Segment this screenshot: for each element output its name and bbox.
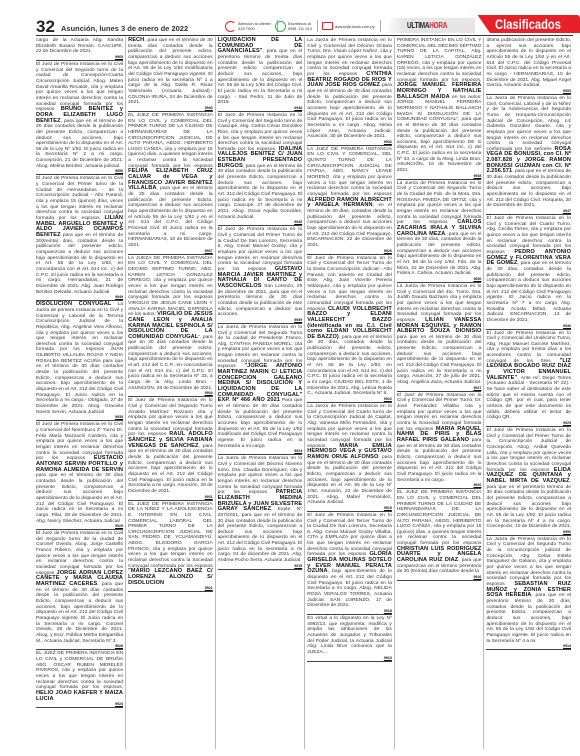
notice-code: 9919 [307, 506, 392, 510]
legal-notice: El Juez de Primera Instancia en lo Civil… [36, 530, 123, 650]
legal-notice: La Jueza de Primera Instancia en lo Civi… [218, 324, 303, 455]
notice-text: para que en el término de 30 días contad… [36, 473, 123, 523]
section-title: Clasificados [495, 16, 561, 32]
notice-text: San Lorenzo, 29 de diciembre de 2021, pa… [218, 284, 303, 317]
notice-code: 9939 [218, 318, 303, 322]
legal-notice: El Juez de Primera Instancia en lo Civil… [486, 330, 571, 428]
column-4: La Jueza de Primera Instancia en lo Civi… [304, 37, 394, 749]
notice-text: , para que en el término de 30 días, con… [307, 335, 392, 397]
divider [317, 20, 318, 32]
envelope-icon [322, 22, 333, 30]
notice-code: 9932 [307, 140, 392, 144]
brand-band: ULTIMAHORA Clasificados [385, 15, 580, 33]
legal-notice: El Juez de Primera Instancia en lo Civil… [218, 112, 303, 226]
notice-text: , en el término de 30 días, contados des… [307, 203, 392, 248]
notice-text: para que en el término de 30 días contad… [397, 438, 482, 483]
legal-notice: El Juez de Primera Instancia en lo Civil… [36, 175, 123, 301]
notice-code: 9921 [128, 586, 213, 590]
legal-notice: El Juez de Primera Instancia en lo Civil… [307, 255, 392, 403]
notice-code: 9934 [128, 391, 213, 395]
legal-notice: RECH, para que en el término de 30 trein… [128, 37, 213, 112]
legal-notice: LA JUEZ DE PRIMERA INSTANCIA EN LO CIVIL… [307, 146, 392, 255]
legal-notice: El Juez de Primera Instancia en lo Civil… [128, 397, 213, 500]
notice-code: 9914 [486, 644, 571, 648]
notice-code: 9930 [397, 277, 482, 281]
ultimahora-logo: ULTIMAHORA [407, 21, 447, 30]
notice-code: 9915 [218, 564, 303, 568]
page-number: 32 [36, 20, 55, 34]
publication-date: Asunción, lunes 3 de enero de 2022 [61, 24, 188, 33]
notice-code: 9920 [397, 483, 482, 487]
notice-text: ", para que en 30 días contados desde la… [128, 335, 213, 391]
notice-code: 9938 [397, 174, 482, 178]
notice-code: 9918 [307, 609, 392, 613]
notice-code: 9947 [486, 209, 571, 213]
notice-text: , para que en el término de 30 días cont… [218, 164, 303, 220]
notice-text: EL JUEZ DE PRIMERA INSTANCIA EN LO CIVIL… [36, 651, 123, 690]
column-6: última publicación del presente Edicto, … [483, 37, 573, 749]
legal-notice: última publicación del presente Edicto, … [486, 37, 571, 95]
notice-text: en los autos: JORGE MANUEL FERREIRA MORI… [397, 95, 482, 174]
notice-text: , Expte. Nº 257/2021, para que en el tér… [218, 507, 303, 563]
legal-notice: El Juez de Primera Instancia en lo Civil… [307, 512, 392, 615]
notice-text: , para que en el término de 30 treinta d… [128, 38, 213, 105]
notice-text: EL JUEZ DE PRIMERA INSTANCIA DE LA NIÑEZ… [128, 502, 213, 569]
notice-text: última publicación del presente Edicto, … [486, 38, 571, 88]
notice-code: 9936 [486, 324, 571, 328]
notice-text: para que en el término de 30 días contad… [307, 83, 392, 139]
legal-notice: EL JUEZ DE PRIMERA INSTANCIA DE LA NIÑEZ… [128, 501, 213, 593]
contact-value: 0981 111 013 [288, 26, 312, 31]
notice-code: 9913 [307, 656, 392, 660]
notice-code: 9950 [486, 530, 571, 534]
column-2: RECH, para que en el término de 30 trein… [125, 37, 215, 749]
notice-text: El Juez de Primera Instancia en lo Civil… [486, 331, 571, 364]
notice-parties: HELIO JOAO KAEFER Y MAIZA LUCIA [36, 690, 123, 702]
notice-text: Para que en el término de 30 días contad… [218, 398, 303, 448]
notice-text: En virtud a lo dispuesto en la Ley Nº 49… [307, 616, 392, 655]
contact-value: 415 7000 [238, 26, 255, 31]
divider [380, 20, 381, 32]
legal-notice: cargo de la Actuaria Abg. Sandra Elizabe… [36, 37, 123, 61]
notice-code: 9922 [307, 397, 392, 401]
legal-notice: LA JUEZA DE PRIMERA INSTANCIA EN LO CIVI… [128, 255, 213, 398]
legal-notice: La Jueza de Primera Instancia en lo Civi… [307, 37, 392, 146]
notice-code: 9925 [486, 421, 571, 425]
classifieds-columns: cargo de la Actuaria Abg. Sandra Elizabe… [36, 37, 573, 749]
notice-text: , para que en el perentorio término de 3… [486, 593, 571, 643]
legal-notice: La Jueza de Primera Instancia en lo Civi… [307, 403, 392, 512]
legal-notice: La Jueza de Primera Instancia en lo Civi… [397, 283, 482, 392]
notice-code: 9937 [128, 249, 213, 253]
legal-notice: En virtud a lo dispuesto en la Ley Nº 49… [307, 615, 392, 662]
legal-notice: La Jueza de Primera Instancia en lo Civi… [397, 180, 482, 283]
column-1: cargo de la Actuaria Abg. Sandra Elizabe… [36, 37, 125, 749]
notice-text: , para que en el perentorio término de 3… [486, 479, 571, 529]
legal-notice: El Juez de Primera Instancia en lo Civil… [486, 427, 571, 536]
notice-text: , para que en el término de 30 días cont… [36, 119, 123, 169]
legal-notice: El Juez de Primera Instancia en lo Civil… [218, 226, 303, 324]
legal-notice: El Juez de Primera Instancia en lo Civil… [397, 392, 482, 490]
notice-text: EL JUEZ DE PRIMERA INSTANCIA EN LO CIVIL… [397, 490, 482, 546]
notice-code: 9949 [36, 295, 123, 299]
notice-text: , para que en el término de 30 días cont… [36, 582, 123, 644]
notice-parties: "MARIO LEZCANO BAEZ C/ LORENZA ALONZO S/… [128, 568, 213, 585]
notice-text: La Jueza de primera Instancia en lo Civi… [36, 302, 123, 414]
notice-text: La Jueza de Primera Instancia en lo Civi… [486, 537, 571, 587]
legal-notice: DISOLUCION CONYUGAL La Jueza de primera … [36, 301, 123, 421]
notice-code: 9916 [397, 575, 482, 579]
notice-code: 9928 [36, 644, 123, 648]
notice-text: , para que en el término de 30 días, con… [397, 232, 482, 277]
contact-email: avisos@uhora.com.py [335, 24, 375, 29]
legal-notice: EL JUEZ DE PRIMERA INSTANCIA EN LO CIVIL… [397, 489, 482, 581]
notice-code: 9924 [218, 449, 303, 453]
legal-notice: La Jueza de Primera Instancia en lo Civi… [218, 455, 303, 569]
page-header: 32 Asunción, lunes 3 de enero de 2022 At… [0, 0, 580, 30]
notice-code: 9929 [36, 524, 123, 528]
notice-text: LA JUEZA DE PRIMERA INSTANCIA EN LO CIVI… [128, 256, 213, 318]
notice-code: 9927 [397, 386, 482, 390]
notice-text: , para que en el término de 30 días, con… [486, 261, 571, 323]
whatsapp-contact: Escribinos al 0981 111 013 [275, 19, 321, 33]
notice-text: El Juez de Primera Instancia en lo Civil… [36, 62, 123, 112]
notice-code: 9935 [36, 415, 123, 419]
notice-code: 9926 [307, 249, 392, 253]
notice-text: , para que en el término de 30 días cont… [128, 186, 213, 248]
notice-text: cargo de la Actuaria Abg. Sandra Elizabe… [36, 38, 123, 54]
notice-code: 9953 [486, 89, 571, 93]
notice-parties: DISOLUCION CONYUGAL [36, 301, 111, 307]
email-contact: avisos@uhora.com.py [322, 19, 384, 33]
legal-notice: EL JUEZ DE PRIMERA INSTANCIA EN LO CIVIL… [36, 650, 123, 708]
notice-parties: RECH [128, 37, 144, 43]
notice-text: LA JUEZ DE PRIMERA INSTANCIA EN LO CIVIL… [307, 147, 392, 197]
legal-notice: El Juez de Primera Instancia en lo Civil… [36, 61, 123, 175]
notice-text: . Ante mí: Diego Torres (Actuario Judici… [486, 376, 571, 421]
legal-notice: El Juez de Primera Instancia en lo Civil… [486, 215, 571, 329]
legal-notice: La Jueza de Primera Instancia en lo Civi… [486, 536, 571, 650]
legal-notice: PRIMERA INSTANCIA EN LO CIVIL Y COMERCIA… [397, 37, 482, 180]
notice-text: , para que en el perentorio término de t… [218, 49, 303, 105]
legal-notice: EL JUEZ DE PRIMERA INSTANCIA EN LO CIVIL… [128, 112, 213, 255]
notice-code: 9965 [36, 55, 123, 59]
notice-code: 9931 [128, 495, 213, 499]
notice-code: 9923 [36, 702, 123, 706]
legal-notice: La Jueza de Primera Instancia en lo Civi… [486, 95, 571, 215]
notice-text: , para que en el término de 30 días cont… [307, 455, 392, 505]
legal-notice: LIQUIDACION DE LA COMUNIDAD DE GANANCIAL… [218, 37, 303, 112]
notice-text: para que en el término de 30(treinta) dí… [36, 233, 123, 295]
notice-code: 9940 [128, 106, 213, 110]
notice-text: El Juez de Primera Instancia en lo Civil… [307, 256, 392, 312]
customer-service-contact: Atención al cliente: 415 7000 [225, 19, 281, 33]
notice-text: , bajo apercibimiento de lo dispuesto en… [307, 569, 392, 608]
notice-text: La Jueza de Primera Instancia en lo Civi… [486, 96, 571, 152]
notice-text: para que en el término de 30 días contad… [397, 335, 482, 385]
notice-code: 9945 [218, 220, 303, 224]
notice-code: 9948 [218, 106, 303, 110]
column-3: LIQUIDACION DE LA COMUNIDAD DE GANANCIAL… [215, 37, 305, 749]
notice-text: , para que en el término de 30 días cont… [128, 444, 213, 494]
legal-notice: El Juez de Primera Instancia en lo Civil… [36, 421, 123, 530]
column-5: PRIMERA INSTANCIA EN LO CIVIL Y COMERCIA… [394, 37, 484, 749]
notice-text: , para que en el término de 30 días cont… [486, 169, 571, 208]
notice-text: PRIMERA INSTANCIA EN LO CIVIL Y COMERCIA… [397, 38, 482, 83]
whatsapp-icon [275, 21, 286, 32]
header-rule [36, 35, 573, 36]
notice-text: EL JUEZ DE PRIMERA INSTANCIA EN LO CIVIL… [128, 113, 213, 169]
notice-code: 9950 [36, 169, 123, 173]
phone-icon [225, 21, 236, 32]
